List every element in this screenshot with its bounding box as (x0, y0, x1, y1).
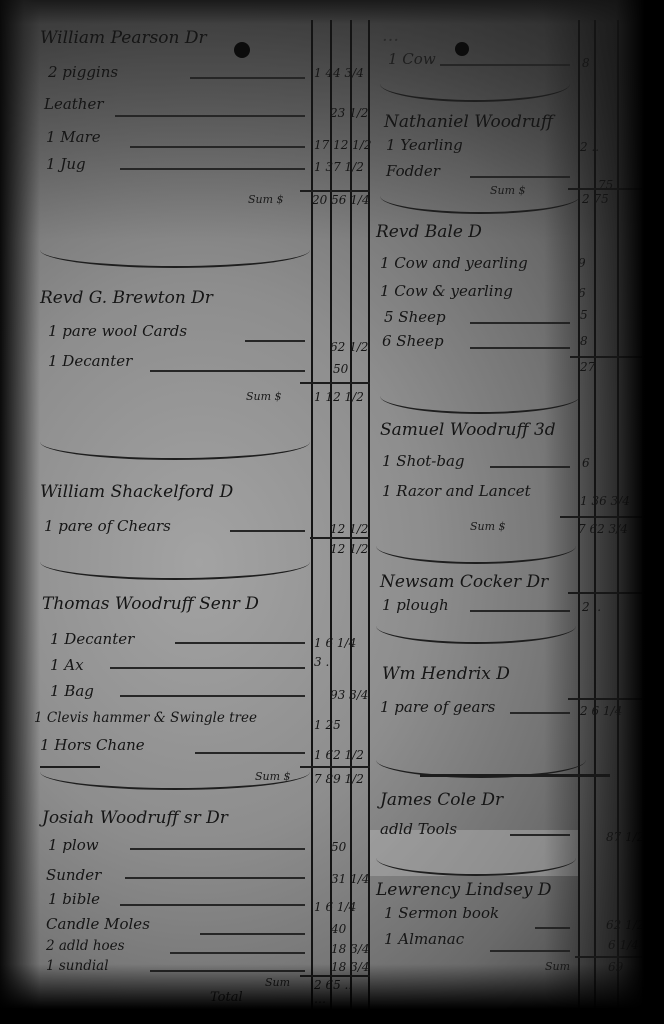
amount: 1 44 3/4 (314, 66, 364, 80)
scan-shadow-bottom (0, 964, 664, 1024)
amount: 3 .. (314, 655, 333, 669)
ink-blot (455, 42, 469, 56)
amount: 40 (331, 922, 346, 936)
line-item: 1 Ax (50, 656, 84, 674)
sum-amount: 20 56 1/4 (312, 193, 369, 207)
sum-rule (40, 766, 100, 768)
line-item: 5 Sheep (384, 308, 446, 326)
line-item: 1 bible (48, 890, 100, 908)
account-name: William Pearson Dr (40, 28, 207, 48)
sum-label: Sum $ (470, 520, 506, 533)
line-item: 1 pare of gears (380, 698, 495, 716)
line-item: 1 Jug (46, 155, 86, 173)
leader-line (130, 146, 305, 148)
account-name: Thomas Woodruff Senr D (42, 594, 259, 614)
line-item: 1 Bag (50, 682, 94, 700)
leader-line (170, 952, 305, 954)
sum-amount: 12 1/2 (330, 542, 368, 556)
leader-line (230, 530, 305, 532)
leader-line (150, 370, 305, 372)
ledger-page: William Pearson Dr 2 piggins 1 44 3/4 Le… (0, 0, 664, 1024)
sum-label: Sum $ (248, 193, 284, 206)
amount: 12 1/2 (330, 522, 368, 536)
amount: 50 (333, 362, 348, 376)
amount: 18 3/4 (331, 942, 369, 956)
leader-line (175, 642, 305, 644)
account-name: Revd Bale D (376, 222, 482, 242)
sum-rule (300, 190, 370, 192)
ink-blot (234, 42, 250, 58)
line-item: 1 Decanter (48, 352, 132, 370)
line-item: 1 plough (382, 596, 449, 614)
line-item: 1 Clevis hammer & Swingle tree (34, 710, 257, 726)
line-item: 1 pare of Chears (44, 517, 171, 535)
line-item: 1 Cow and yearling (380, 254, 528, 272)
leader-line (115, 115, 305, 117)
sum-label: Sum $ (246, 390, 282, 403)
line-item: 2 adld hoes (46, 938, 125, 954)
line-item: 1 Shot-bag (382, 452, 465, 470)
account-name: Newsam Cocker Dr (380, 572, 548, 592)
column-rule (368, 20, 370, 1010)
section-divider (40, 562, 310, 580)
line-item: Candle Moles (46, 915, 150, 933)
line-item: 1 Decanter (50, 630, 134, 648)
amount: 31 1/4 (331, 872, 369, 886)
leader-line (120, 695, 305, 697)
amount: 17 12 1/2 (314, 138, 371, 152)
sum-amount: 1 12 1/2 (314, 390, 364, 404)
amount: 23 1/2 (330, 106, 368, 120)
section-divider (40, 442, 310, 460)
line-item: adld Tools (380, 820, 457, 838)
line-item: Fodder (386, 162, 440, 180)
leader-line (195, 752, 305, 754)
account-name: Josiah Woodruff sr Dr (42, 808, 228, 828)
account-name: … (382, 26, 399, 46)
line-item: 6 Sheep (382, 332, 444, 350)
leader-line (245, 340, 305, 342)
line-item: 1 Hors Chane (40, 736, 145, 754)
line-item: Leather (44, 95, 104, 113)
line-item: 1 Mare (46, 128, 101, 146)
line-item: 1 pare wool Cards (48, 322, 187, 340)
scan-shadow-left (0, 0, 40, 1024)
leader-line (125, 877, 305, 879)
section-divider (40, 772, 310, 790)
line-item: 1 Sermon book (384, 904, 499, 922)
sum-rule (310, 537, 370, 539)
amount: 1 25 (314, 718, 341, 732)
amount: 62 1/2 (330, 340, 368, 354)
line-item: 1 Yearling (386, 136, 463, 154)
amount: 50 (331, 840, 346, 854)
column-rule (311, 20, 313, 1010)
amount: 1 6 1/4 (314, 636, 356, 650)
leader-line (200, 933, 305, 935)
sum-rule (300, 382, 370, 384)
line-item: 1 plow (48, 836, 99, 854)
leader-line (190, 77, 305, 79)
line-item: 2 piggins (48, 63, 118, 81)
account-name: Revd G. Brewton Dr (40, 288, 213, 308)
amount: 1 6 1/4 (314, 900, 356, 914)
account-name: Nathaniel Woodruff (384, 112, 553, 132)
line-item: 1 Cow (388, 50, 436, 68)
amount: 1 37 1/2 (314, 160, 364, 174)
line-item: 1 Razor and Lancet (382, 482, 531, 500)
leader-line (120, 904, 305, 906)
account-name: Wm Hendrix D (382, 664, 510, 684)
line-item: 1 Almanac (384, 930, 464, 948)
section-divider (40, 250, 310, 268)
scan-shadow-right (544, 0, 664, 1024)
amount: 93 3/4 (330, 688, 368, 702)
account-name: Samuel Woodruff 3d (380, 420, 556, 440)
amount: 1 62 1/2 (314, 748, 364, 762)
sum-amount: 7 89 1/2 (314, 772, 364, 786)
leader-line (110, 667, 305, 669)
line-item: 1 Cow & yearling (380, 282, 513, 300)
line-item: Sunder (46, 866, 101, 884)
account-name: William Shackelford D (40, 482, 233, 502)
account-name: James Cole Dr (380, 790, 503, 810)
leader-line (120, 168, 305, 170)
sum-rule (300, 766, 370, 768)
leader-line (130, 848, 305, 850)
account-name: Lewrency Lindsey D (376, 880, 552, 900)
